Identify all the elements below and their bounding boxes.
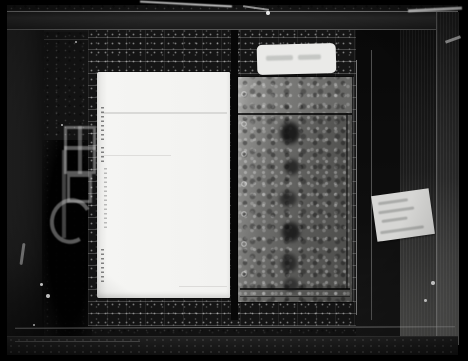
watermark	[48, 124, 96, 244]
faint-print-mark	[266, 55, 293, 61]
side-paper-label	[371, 188, 435, 242]
cover-edge-wear-marks	[239, 87, 251, 292]
bottom-stand-ledge	[7, 336, 458, 355]
stand-edge-highlight	[371, 50, 372, 320]
faint-handwriting-line	[378, 198, 408, 205]
gutter-character-column	[101, 146, 104, 162]
left-stand-rail	[7, 30, 44, 346]
bright-speck	[61, 124, 63, 126]
cover-title-marks	[270, 117, 310, 292]
right-stand-gap	[356, 30, 400, 342]
photograph-frame	[0, 0, 468, 361]
stand-edge-highlight	[356, 60, 357, 315]
book-cover	[238, 77, 352, 302]
page-fold-crease	[101, 112, 227, 114]
gutter-character-column	[101, 248, 104, 282]
top-paper-label	[257, 43, 337, 75]
faint-handwriting-line	[378, 206, 414, 214]
book-spine-gap	[231, 30, 238, 320]
gutter-character-column	[104, 168, 107, 228]
cover-panel-border	[238, 113, 352, 115]
page-fold-crease	[179, 286, 227, 287]
gutter-character-column	[101, 106, 104, 140]
bright-speck	[431, 281, 435, 285]
watermark-glyph	[62, 150, 66, 238]
bright-speck	[424, 299, 427, 302]
bright-speck	[75, 41, 77, 43]
faint-handwriting-line	[380, 225, 424, 234]
watermark-glyph	[64, 126, 96, 174]
cover-panel-border	[240, 296, 350, 297]
bright-speck	[46, 294, 50, 298]
bright-speck	[266, 11, 270, 15]
faint-print-mark	[298, 54, 321, 60]
cover-panel-border	[346, 113, 348, 289]
plank-edge-highlight	[7, 11, 458, 12]
faint-handwriting-line	[381, 216, 407, 223]
open-blank-page	[97, 72, 230, 298]
right-stand-post	[436, 12, 459, 345]
bright-speck	[40, 283, 43, 286]
page-fold-crease	[101, 155, 171, 156]
bright-speck	[33, 324, 35, 326]
film-scratch-line	[15, 341, 140, 342]
